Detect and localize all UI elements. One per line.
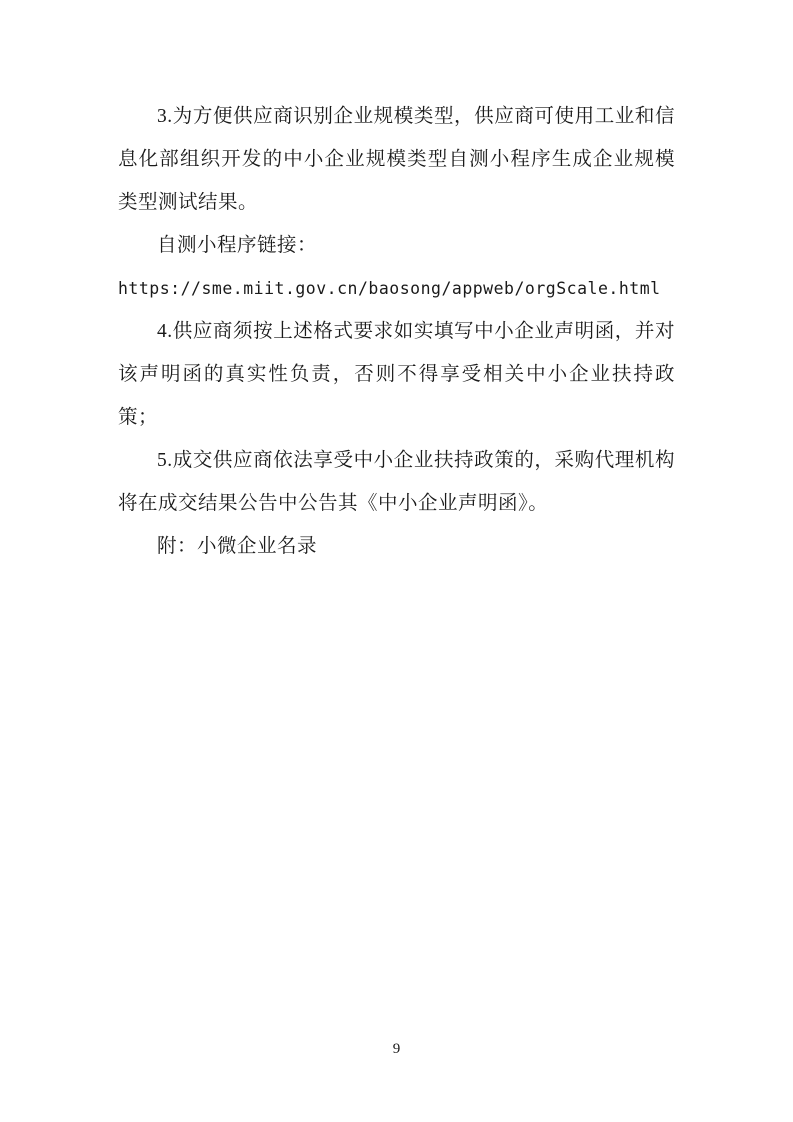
paragraph-item-3: 3.为方便供应商识别企业规模类型，供应商可使用工业和信息化部组织开发的中小企业规… xyxy=(118,95,675,224)
page-number: 9 xyxy=(0,1039,793,1059)
document-page: 3.为方便供应商识别企业规模类型，供应商可使用工业和信息化部组织开发的中小企业规… xyxy=(0,0,793,1122)
paragraph-item-5: 5.成交供应商依法享受中小企业扶持政策的，采购代理机构将在成交结果公告中公告其《… xyxy=(118,439,675,525)
paragraph-item-4: 4.供应商须按上述格式要求如实填写中小企业声明函，并对该声明函的真实性负责，否则… xyxy=(118,310,675,439)
selftest-url-text: https://sme.miit.gov.cn/baosong/appweb/o… xyxy=(118,267,675,310)
attachment-note: 附：小微企业名录 xyxy=(118,525,675,568)
page-body: 3.为方便供应商识别企业规模类型，供应商可使用工业和信息化部组织开发的中小企业规… xyxy=(118,95,675,568)
selftest-link-label: 自测小程序链接： xyxy=(118,224,675,267)
